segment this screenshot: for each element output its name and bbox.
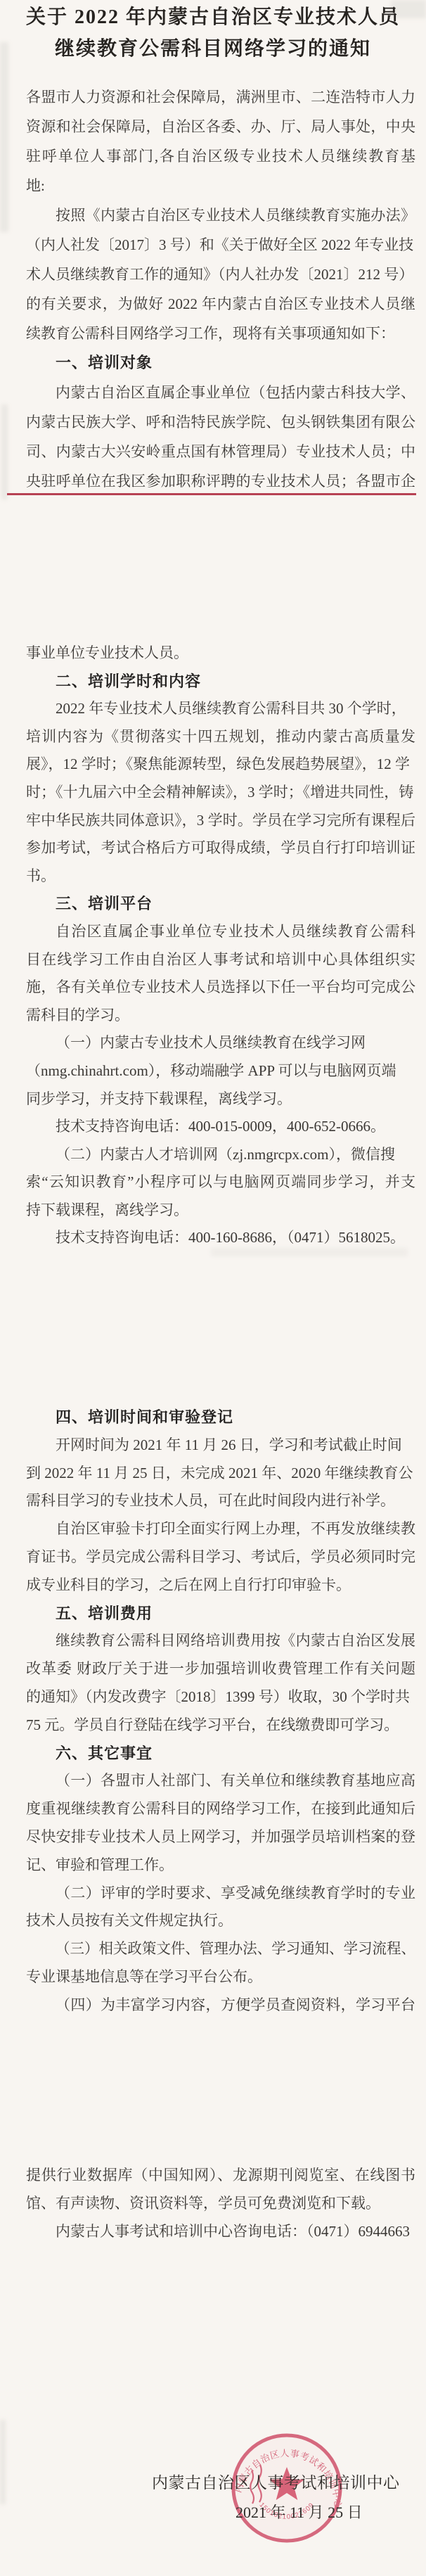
document-line: 央驻呼单位在我区参加职称评聘的专业技术人员；各盟市企 [26, 466, 415, 496]
document-line: 展》，12 学时；《聚焦能源转型，绿色发展趋势展望》，12 学 [26, 751, 415, 779]
document-line: 持下载课程，离线学习。 [26, 1197, 415, 1225]
document-line: 地: [26, 171, 415, 200]
document-line: 75 元。学员自行登陆在线学习平台，在线缴费即可学习。 [26, 1711, 415, 1740]
document-line: 各盟市人力资源和社会保障局，满洲里市、二连浩特市人力 [26, 82, 415, 112]
section-heading: 一、培训对象 [56, 348, 415, 378]
document-line: 技术人员按有关文件规定执行。 [26, 1907, 415, 1935]
document-line: 成专业科目的学习，之后在网上自行打印审验卡。 [26, 1571, 415, 1600]
document-line: （内人社发〔2017〕3 号）和《关于做好全区 2022 年专业技 [26, 230, 415, 260]
document-title-line2: 继续教育公需科目网络学习的通知 [0, 33, 426, 65]
document-line: 同步学习，并支持下载课程，离线学习。 [26, 1085, 415, 1114]
document-line: 续教育公需科目网络学习工作，现将有关事项通知如下： [26, 319, 415, 348]
document-line: （一）内蒙古专业技术人员继续教育在线学习网 [56, 1029, 415, 1057]
document-line: 育证书。学员完成公需科目学习、考试后，学员必须同时完 [26, 1543, 415, 1571]
document-line: 牢中华民族共同体意识》，3 学时。学员在学习完所有课程后 [26, 807, 415, 835]
document-line: 提供行业数据库（中国知网）、龙源期刊阅览室、在线图书 [26, 2161, 415, 2189]
scan-artifact [0, 2420, 6, 2504]
document-line: 需科目学习的专业技术人员，可在此时间段内进行补学。 [26, 1487, 415, 1515]
document-line: 2022 年专业技术人员继续教育公需科目共 30 个学时， [56, 695, 415, 723]
document-line: （nmg.chinahrt.com），移动端融学 APP 可以与电脑网页端 [26, 1057, 415, 1085]
document-line: 驻呼单位人事部门,各自治区级专业技术人员继续教育基 [26, 141, 415, 171]
scan-artifact [1, 404, 8, 499]
document-line: 施，各有关单位专业技术人员选择以下任一平台均可完成公 [26, 974, 415, 1002]
document-line: 专业课基地信息等在学习平台公布。 [26, 1963, 415, 1991]
page-2-body: 事业单位专业技术人员。二、培训学时和内容2022 年专业技术人员继续教育公需科目… [26, 639, 415, 1252]
document-line: 司、内蒙古大兴安岭重点国有林管理局）专业技术人员；中 [26, 437, 415, 466]
document-line: （三）相关政策文件、管理办法、学习通知、学习流程、 [56, 1935, 406, 1963]
document-line: 尽快安排专业技术人员上网学习，并加强学员培训档案的登 [26, 1823, 415, 1851]
document-line: 培训内容为《贯彻落实十四五规划，推动内蒙古高质量发 [26, 723, 415, 751]
document-line: 参加考试，考试合格后方可取得成绩，学员自行打印培训证 [26, 834, 415, 862]
document-line: 的有关要求，为做好 2022 年内蒙古自治区专业技术人员继 [26, 289, 415, 319]
document-line: 到 2022 年 11 月 25 日，未完成 2021 年、2020 年继续教育… [26, 1460, 415, 1488]
document-line: 需科目的学习。 [26, 1002, 415, 1030]
document-title: 关于 2022 年内蒙古自治区专业技术人员 继续教育公需科目网络学习的通知 [0, 1, 426, 65]
page-4-body: 提供行业数据库（中国知网）、龙源期刊阅览室、在线图书馆、有声读物、资讯资料等，学… [26, 2161, 415, 2245]
document-line: 目在线学习工作由自治区人事考试和培训中心具体组织实 [26, 946, 415, 974]
document-line: 开网时间为 2021 年 11 月 26 日，学习和考试截止时间 [56, 1432, 415, 1460]
scanned-notice-document: 关于 2022 年内蒙古自治区专业技术人员 继续教育公需科目网络学习的通知 各盟… [0, 0, 426, 2576]
document-line: 记、审验和管理工作。 [26, 1851, 415, 1880]
document-line: 自治区直属企事业单位专业技术人员继续教育公需科 [56, 918, 415, 946]
document-line: 索“云知识教育”小程序可以与电脑网页端同步学习，并支 [26, 1168, 415, 1197]
page-1-body: 各盟市人力资源和社会保障局，满洲里市、二连浩特市人力资源和社会保障局，自治区各委… [26, 82, 415, 496]
signature-org: 内蒙古自治区人事考试和培训中心 [152, 2475, 400, 2492]
scan-artifact [0, 42, 8, 232]
document-line: （二）内蒙古人才培训网（zj.nmgrcpx.com），微信搜 [56, 1141, 415, 1169]
document-line: 改革委 财政厅关于进一步加强培训收费管理工作有关问题 [26, 1655, 415, 1683]
document-line: 继续教育公需科目网络培训费用按《内蒙古自治区发展 [56, 1627, 415, 1655]
document-line: 技术支持咨询电话：400-160-8686，（0471）5618025。 [56, 1224, 415, 1252]
section-heading: 五、培训费用 [56, 1600, 415, 1628]
section-heading: 六、其它事宜 [56, 1740, 415, 1768]
document-line: 内蒙古民族大学、呼和浩特民族学院、包头钢铁集团有限公 [26, 407, 415, 437]
document-line: （二）评审的学时要求、享受减免继续教育学时的专业 [56, 1880, 415, 1908]
document-line: 馆、有声读物、资讯资料等，学员可免费浏览和下载。 [26, 2189, 415, 2217]
document-line: 内蒙古自治区直属企事业单位（包括内蒙古科技大学、 [56, 378, 415, 407]
document-line: （四）为丰富学习内容，方便学员查阅资料，学习平台 [56, 1991, 415, 2020]
document-line: 术人员继续教育工作的通知》（内人社办发〔2021〕212 号） [26, 260, 415, 289]
document-line: 书。 [26, 862, 415, 891]
section-heading: 二、培训学时和内容 [56, 668, 415, 696]
signature-date: 2021 年 11 月 25 日 [235, 2504, 363, 2521]
document-line: 的通知》（内发改费字〔2018〕1399 号）收取，30 个学时共 [26, 1683, 415, 1711]
section-heading: 三、培训平台 [56, 890, 415, 918]
page-3-body: 四、培训时间和审验登记开网时间为 2021 年 11 月 26 日，学习和考试截… [26, 1403, 415, 2020]
document-line: 事业单位专业技术人员。 [26, 639, 415, 668]
red-divider-line [7, 493, 416, 495]
document-line: （一）各盟市人社部门、有关单位和继续教育基地应高 [56, 1767, 415, 1795]
document-line: 内蒙古人事考试和培训中心咨询电话：（0471）6944663 [56, 2217, 415, 2245]
document-line: 自治区审验卡打印全面实行网上办理，不再发放继续教 [56, 1515, 415, 1543]
document-line: 技术支持咨询电话：400-015-0009，400-652-0666。 [56, 1113, 415, 1141]
section-heading: 四、培训时间和审验登记 [56, 1403, 415, 1432]
document-title-line1: 关于 2022 年内蒙古自治区专业技术人员 [0, 1, 426, 33]
document-line: 度重视继续教育公需科目的网络学习工作，在接到此通知后 [26, 1795, 415, 1823]
document-line: 时；《十九届六中全会精神解读》，3 学时；《增进共同性，铸 [26, 779, 415, 807]
document-line: 按照《内蒙古自治区专业技术人员继续教育实施办法》 [56, 200, 415, 230]
document-line: 资源和社会保障局，自治区各委、办、厅、局人事处，中央 [26, 112, 415, 141]
